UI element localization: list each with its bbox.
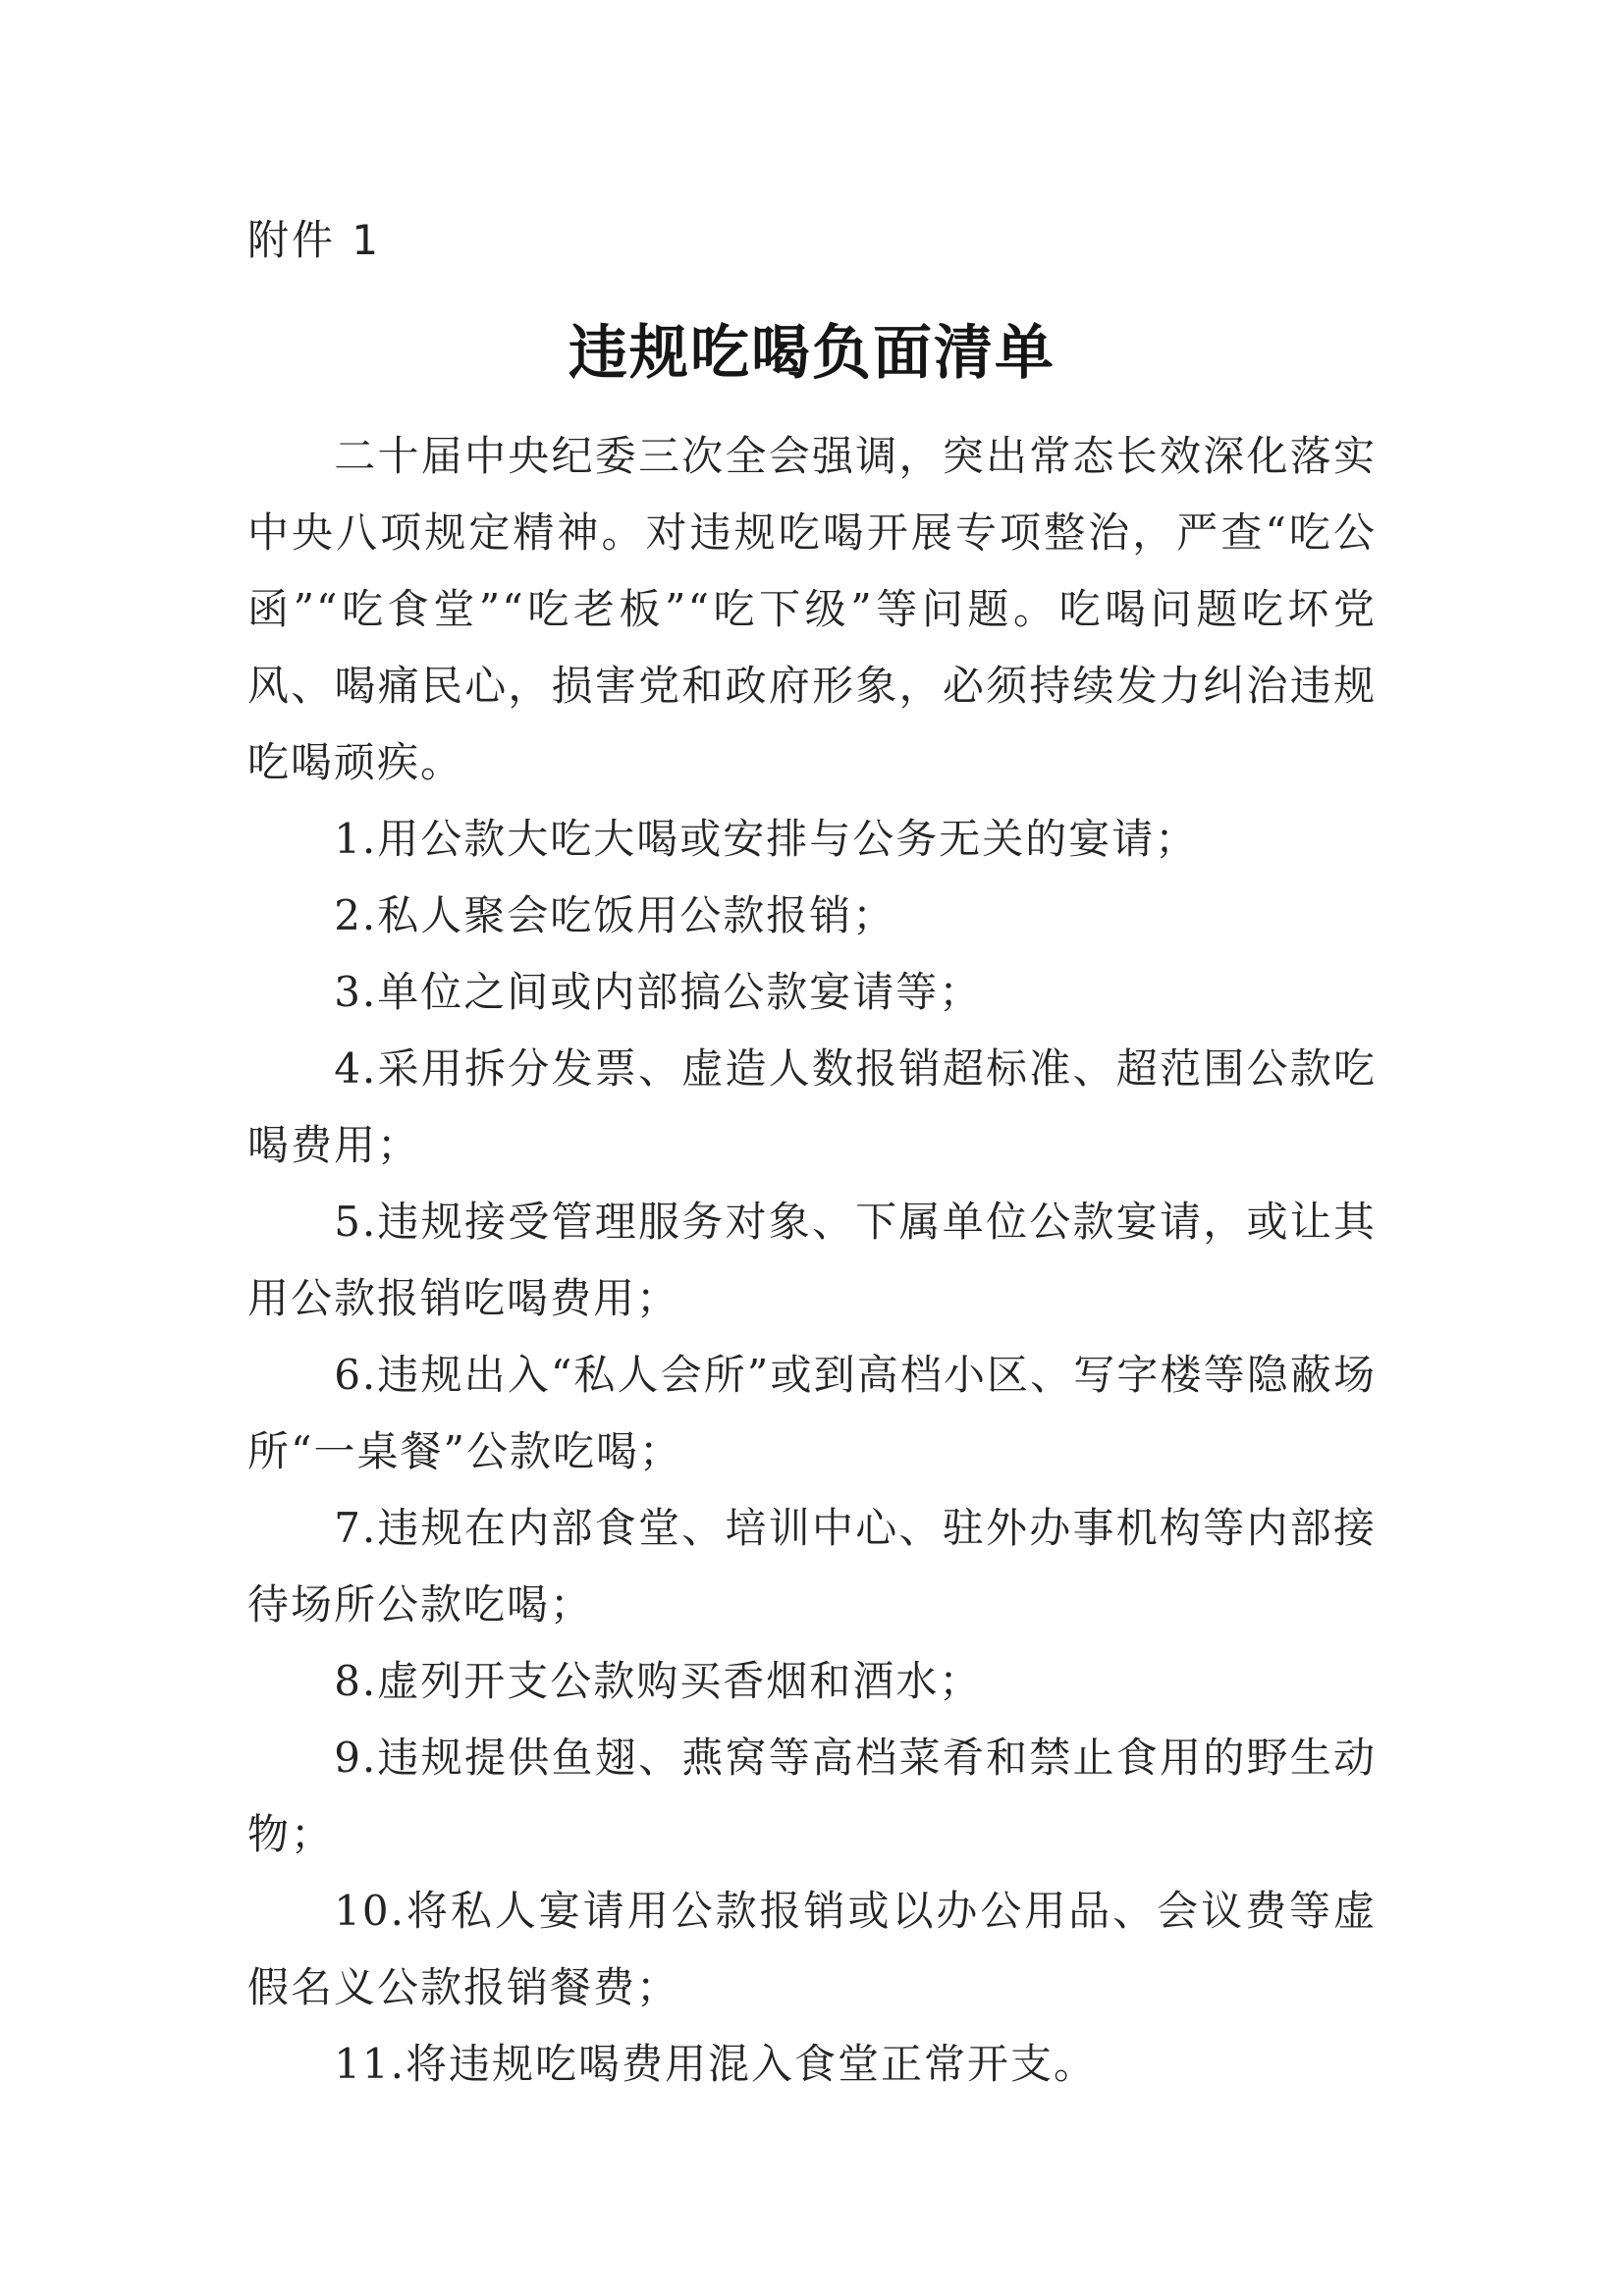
list-item: 8.虚列开支公款购买香烟和酒水；: [247, 1643, 1377, 1720]
list-item: 7.违规在内部食堂、培训中心、驻外办事机构等内部接待场所公款吃喝；: [247, 1490, 1377, 1643]
list-item: 2.私人聚会吃饭用公款报销；: [247, 878, 1377, 954]
list-item: 5.违规接受管理服务对象、下属单位公款宴请，或让其用公款报销吃喝费用；: [247, 1184, 1377, 1337]
list-item: 10.将私人宴请用公款报销或以办公用品、会议费等虚假名义公款报销餐费；: [247, 1873, 1377, 2026]
list-item: 4.采用拆分发票、虚造人数报销超标准、超范围公款吃喝费用；: [247, 1031, 1377, 1184]
attachment-label: 附件 1: [247, 211, 381, 270]
document-body: 二十届中央纪委三次全会强调，突出常态长效深化落实中央八项规定精神。对违规吃喝开展…: [247, 418, 1377, 2103]
list-item: 3.单位之间或内部搞公款宴请等；: [247, 954, 1377, 1031]
intro-paragraph: 二十届中央纪委三次全会强调，突出常态长效深化落实中央八项规定精神。对违规吃喝开展…: [247, 418, 1377, 801]
list-item: 9.违规提供鱼翅、燕窝等高档菜肴和禁止食用的野生动物；: [247, 1720, 1377, 1873]
list-item: 1.用公款大吃大喝或安排与公务无关的宴请；: [247, 801, 1377, 878]
document-title: 违规吃喝负面清单: [0, 314, 1624, 393]
negative-list: 1.用公款大吃大喝或安排与公务无关的宴请；2.私人聚会吃饭用公款报销；3.单位之…: [247, 801, 1377, 2103]
list-item: 11.将违规吃喝费用混入食堂正常开支。: [247, 2026, 1377, 2103]
list-item: 6.违规出入“私人会所”或到高档小区、写字楼等隐蔽场所“一桌餐”公款吃喝；: [247, 1337, 1377, 1490]
scanned-document-page: 附件 1 违规吃喝负面清单 二十届中央纪委三次全会强调，突出常态长效深化落实中央…: [0, 0, 1624, 2296]
